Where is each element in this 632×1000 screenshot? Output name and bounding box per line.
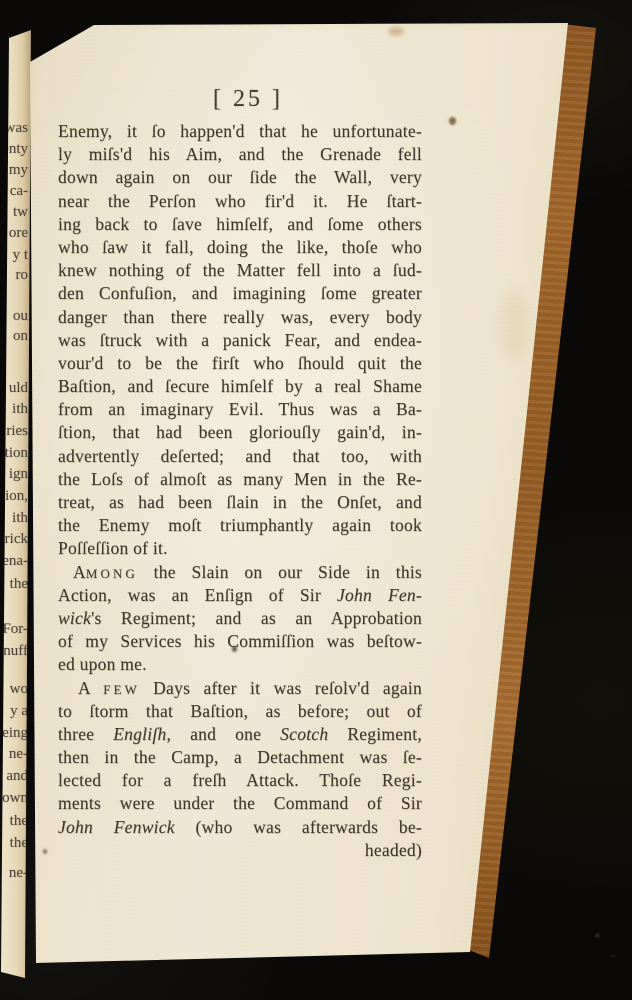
text-segment: ly miſs'd his Aim, and the Grenade fell (58, 144, 422, 164)
page-edge-text-fragment: ena- (2, 554, 28, 569)
facing-page-edge: wasentymyca-tworey troouonuldithriestion… (0, 28, 31, 978)
text-line: to ſtorm that Baſtion, as before; out of (58, 700, 422, 723)
text-segment: then in the Camp, a Detachment was ſe- (58, 747, 422, 767)
text-segment: of my Services his Commiſſion was beſtow… (58, 631, 422, 651)
text-line: danger than there really was, every body (58, 306, 422, 329)
text-line: Poſſeſſion of it. (58, 537, 422, 560)
text-block: Enemy, it ſo happen'd that he unfortunat… (58, 120, 422, 862)
catchword: headed) (58, 839, 422, 862)
text-segment: wick (58, 608, 91, 628)
text-line: near the Perſon who fir'd it. He ſtart- (58, 190, 422, 213)
text-segment: advertently deſerted; and that too, with (58, 446, 422, 466)
page-edge-text-fragment: ith (12, 511, 28, 526)
text-segment: who ſaw it fall, doing the like, thoſe w… (58, 237, 422, 257)
paper-stain (449, 117, 456, 125)
page-edge-text-fragment: ou (13, 309, 28, 324)
text-line: den Confuſion, and imagining ſome greate… (58, 282, 422, 305)
page-edge-text-fragment: my (9, 163, 28, 178)
text-segment: A (78, 678, 103, 698)
text-line: three Engliſh, and one Scotch Regiment, (58, 723, 422, 746)
text-segment: John Fen- (337, 585, 422, 605)
paper-stain (388, 27, 404, 36)
page-edge-text-fragment: the (10, 836, 28, 851)
text-line: ſtion, that had been gloriouſly gain'd, … (58, 421, 422, 444)
text-line: the Loſs of almoſt as many Men in the Re… (58, 468, 422, 491)
text-segment: the Enemy moſt triumphantly again took (58, 515, 422, 535)
page-edge-text-fragment: ries (6, 424, 28, 439)
text-line: then in the Camp, a Detachment was ſe- (58, 746, 422, 769)
text-line: ed upon me. (58, 653, 422, 676)
text-segment: few (103, 682, 140, 697)
text-segment: Action, was an Enſign of Sir (58, 585, 337, 605)
text-segment: ſtion, that had been gloriouſly gain'd, … (58, 422, 422, 442)
text-segment: was ſtruck with a panick Fear, and endea… (58, 330, 422, 350)
text-segment: from an imaginary Evil. Thus was a Ba- (58, 399, 422, 419)
text-segment: (who was afterwards be- (175, 817, 422, 837)
text-line: Enemy, it ſo happen'd that he unfortunat… (58, 120, 422, 143)
page-edge-text-fragment: ne- (9, 866, 28, 881)
text-segment: three (58, 724, 113, 744)
text-segment: to ſtorm that Baſtion, as before; out of (58, 701, 422, 721)
paper-foxing (498, 290, 528, 360)
text-line: advertently deſerted; and that too, with (58, 445, 422, 468)
paper-stain (43, 849, 47, 854)
text-line: ly miſs'd his Aim, and the Grenade fell (58, 143, 422, 166)
page-edge-text-fragment: uld (9, 381, 28, 396)
page-edge-text-fragment: For- (2, 622, 28, 637)
page-edge-text-fragment: y t (13, 248, 28, 263)
page-edge-text-fragment: ign (9, 467, 28, 482)
text-line: Action, was an Enſign of Sir John Fen- (58, 584, 422, 607)
page-edge-text-fragment: nuff (3, 644, 28, 659)
text-segment: Engliſh (113, 724, 166, 744)
page-edge-text-fragment: ore (9, 226, 28, 241)
text-segment: Days after it was reſolv'd again (140, 678, 422, 698)
text-segment: ed upon me. (58, 654, 147, 674)
text-segment: ing back to ſave himſelf, and ſome other… (58, 214, 422, 234)
text-segment: mong (86, 566, 138, 581)
text-line: ments were under the Command of Sir (58, 792, 422, 815)
text-segment: 's Regiment; and as an Approbation (91, 608, 422, 628)
page-edge-text-fragment: ne- (9, 747, 28, 762)
text-segment: vour'd to be the firſt who ſhould quit t… (58, 353, 422, 373)
text-line: Baſtion, and ſecure himſelf by a real Sh… (58, 375, 422, 398)
text-segment: down again on our ſide the Wall, very (58, 167, 422, 187)
page-edge-text-fragment: the (10, 577, 28, 592)
text-segment: lected for a freſh Attack. Thoſe Regi- (58, 770, 422, 790)
book-photograph: wasentymyca-tworey troouonuldithriestion… (0, 0, 632, 1000)
text-segment: the Slain on our Side in this (138, 562, 422, 582)
page-edge-text-fragment: enty (2, 142, 28, 157)
text-segment: , and one (167, 724, 281, 744)
text-line: John Fenwick (who was afterwards be- (58, 816, 422, 839)
page-edge-text-fragment: and (6, 769, 28, 784)
text-line: was ſtruck with a panick Fear, and endea… (58, 329, 422, 352)
text-segment: Regiment, (328, 724, 422, 744)
page-edge-text-fragment: ion, (5, 489, 28, 504)
page-edge-text-fragment: ro (16, 268, 29, 283)
text-segment: den Confuſion, and imagining ſome greate… (58, 283, 422, 303)
text-segment: Poſſeſſion of it. (58, 538, 168, 558)
page-number: [ 25 ] (68, 86, 428, 113)
text-segment: the Loſs of almoſt as many Men in the Re… (58, 469, 422, 489)
text-line: A few Days after it was reſolv'd again (58, 677, 422, 700)
text-line: of my Services his Commiſſion was beſtow… (58, 630, 422, 653)
text-line: the Enemy moſt triumphantly again took (58, 514, 422, 537)
text-segment: John Fenwick (58, 817, 175, 837)
text-segment: treat, as had been ſlain in the Onſet, a… (58, 492, 422, 512)
dust-speck (596, 934, 599, 937)
text-line: wick's Regiment; and as an Approbation (58, 607, 422, 630)
text-segment: ments were under the Command of Sir (58, 793, 422, 813)
text-line: down again on our ſide the Wall, very (58, 166, 422, 189)
text-line: who ſaw it fall, doing the like, thoſe w… (58, 236, 422, 259)
page-edge-text-fragment: rick (5, 532, 28, 547)
page-edge-text-fragment: was (5, 121, 28, 136)
text-segment: near the Perſon who fir'd it. He ſtart- (58, 191, 422, 211)
text-segment: danger than there really was, every body (58, 307, 422, 327)
paper-stain (232, 646, 237, 652)
page-edge-text-fragment: the (10, 814, 28, 829)
page-edge-text-fragment: tion (5, 446, 28, 461)
text-segment: Scotch (280, 724, 328, 744)
text-line: from an imaginary Evil. Thus was a Ba- (58, 398, 422, 421)
page-edge-text-fragment: ca- (10, 184, 28, 199)
page-edge-text-fragment: eing (2, 726, 28, 741)
text-segment: knew nothing of the Matter fell into a ſ… (58, 260, 422, 280)
text-segment: Baſtion, and ſecure himſelf by a real Sh… (58, 376, 422, 396)
text-segment: A (73, 562, 86, 582)
text-line: ing back to ſave himſelf, and ſome other… (58, 213, 422, 236)
text-line: lected for a freſh Attack. Thoſe Regi- (58, 769, 422, 792)
text-line: knew nothing of the Matter fell into a ſ… (58, 259, 422, 282)
page-edge-text-fragment: y a (10, 704, 28, 719)
page-edge-text-fragment: own (2, 791, 28, 806)
page-edge-text-fragment: wo (10, 682, 28, 697)
dust-speck (612, 955, 614, 957)
text-segment: headed) (365, 840, 422, 860)
text-line: treat, as had been ſlain in the Onſet, a… (58, 491, 422, 514)
page-edge-text-fragment: tw (13, 205, 28, 220)
page-edge-text-fragment: ith (12, 402, 28, 417)
text-segment: Enemy, it ſo happen'd that he unfortunat… (58, 121, 422, 141)
page-edge-text-fragment: on (13, 329, 28, 344)
text-line: Among the Slain on our Side in this (58, 561, 422, 584)
text-line: vour'd to be the firſt who ſhould quit t… (58, 352, 422, 375)
